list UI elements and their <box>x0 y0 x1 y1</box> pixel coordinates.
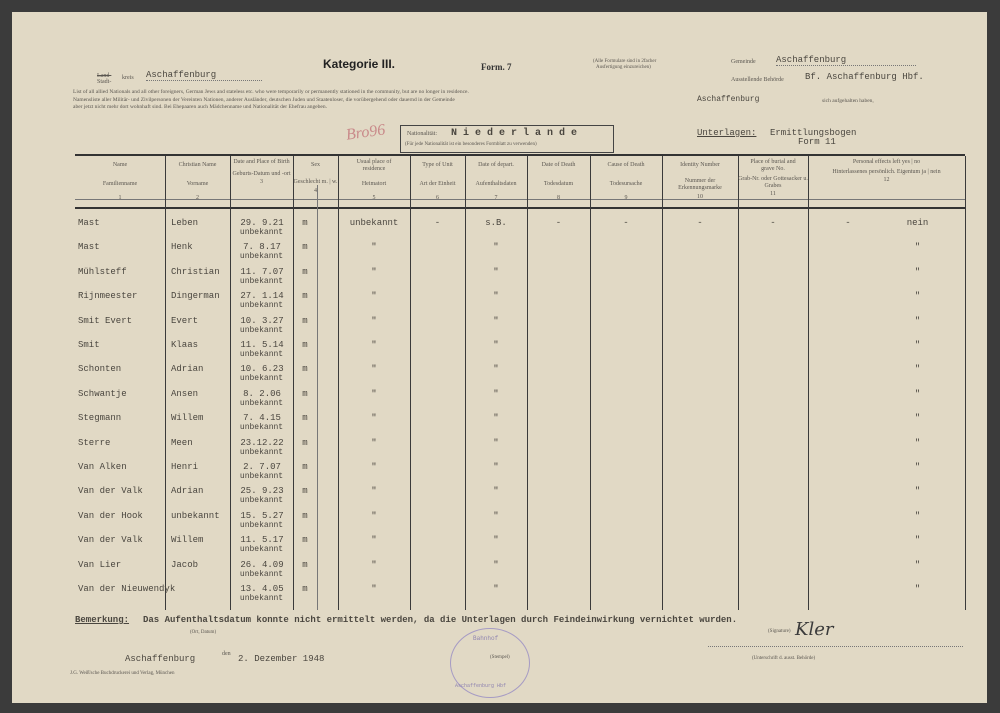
header-bottom-rule <box>75 207 965 209</box>
cell-death: - <box>527 219 590 228</box>
cell-vorname: Adrian <box>171 365 229 374</box>
signature-line <box>708 645 963 647</box>
cell-pob: unbekannt <box>230 252 293 261</box>
cell-sex: m <box>293 390 317 399</box>
cell-name: Van der Valk <box>78 487 168 496</box>
cell-dob: 10. 3.27 <box>233 317 291 326</box>
col-divider-sex <box>317 185 318 610</box>
cell-pob: unbekannt <box>230 545 293 554</box>
col-header-3: Date and Place of BirthGeburts-Datum und… <box>230 159 293 186</box>
form-number: Form. 7 <box>481 62 512 72</box>
col-header-1: NameFamilienname1 <box>75 162 165 202</box>
cell-name: Van Alken <box>78 463 168 472</box>
nationality-note: (Für jede Nationalität ist ein besondere… <box>405 142 537 147</box>
cell-name: Rijnmeester <box>78 292 168 301</box>
cell-dob: 11. 7.07 <box>233 268 291 277</box>
intro-gemeinde-value: Aschaffenburg <box>697 95 759 104</box>
cell-effects-no: " <box>870 463 965 472</box>
nationality-value: N i e d e r l a n d e <box>451 128 577 139</box>
den-label: den <box>222 651 231 657</box>
cell-dob: 2. 7.07 <box>233 463 291 472</box>
intro-line1: List of all allied Nationals and all oth… <box>73 89 469 95</box>
cell-dob: 7. 8.17 <box>233 243 291 252</box>
cell-effects-no: " <box>870 243 965 252</box>
cell-residence: " <box>338 268 410 277</box>
gemeinde-value: Aschaffenburg <box>776 55 916 66</box>
col-header-2: Christian NameVorname2 <box>165 162 230 202</box>
cell-vorname: Christian <box>171 268 229 277</box>
cell-depart: " <box>465 561 527 570</box>
cell-dob: 26. 4.09 <box>233 561 291 570</box>
cell-name: Mast <box>78 219 168 228</box>
cell-name: Schonten <box>78 365 168 374</box>
document-page <box>12 12 987 703</box>
cell-depart: " <box>465 487 527 496</box>
col-header-6: Type of UnitArt der Einheit6 <box>410 162 465 202</box>
cell-residence: " <box>338 585 410 594</box>
cell-dob: 23.12.22 <box>233 439 291 448</box>
note-line1: (Alle Formulare sind in 2facher <box>593 59 656 64</box>
signature-label: (Signature) <box>768 629 791 634</box>
cell-effects-no: " <box>870 561 965 570</box>
cell-pob: unbekannt <box>230 350 293 359</box>
cell-dob: 8. 2.06 <box>233 390 291 399</box>
cell-depart: " <box>465 341 527 350</box>
col-header-5: Usual place of residenceHeimatort5 <box>338 159 410 202</box>
behoerde-label: Ausstellende Behörde <box>731 77 784 83</box>
cell-name: Van der Valk <box>78 536 168 545</box>
cell-sex: m <box>293 463 317 472</box>
cell-depart: " <box>465 292 527 301</box>
cell-sex: m <box>293 268 317 277</box>
note-line2: Ausfertigung einzureichen) <box>596 65 651 70</box>
cell-unit: - <box>410 219 465 228</box>
cell-vorname: Dingerman <box>171 292 229 301</box>
cell-residence: " <box>338 390 410 399</box>
cell-pob: unbekannt <box>230 594 293 603</box>
cell-depart: " <box>465 536 527 545</box>
cell-vorname: Jacob <box>171 561 229 570</box>
cell-dob: 25. 9.23 <box>233 487 291 496</box>
cell-effects-no: " <box>870 536 965 545</box>
cell-vorname: unbekannt <box>171 512 229 521</box>
cell-pob: unbekannt <box>230 448 293 457</box>
cell-sex: m <box>293 561 317 570</box>
remark-text: Das Aufenthaltsdatum konnte nicht ermitt… <box>143 615 737 625</box>
kreis-label: kreis <box>122 75 134 81</box>
cell-vorname: Leben <box>171 219 229 228</box>
cell-residence: " <box>338 512 410 521</box>
cell-depart: " <box>465 268 527 277</box>
cell-residence: " <box>338 414 410 423</box>
cell-effects-no: " <box>870 317 965 326</box>
cell-residence: unbekannt <box>338 219 410 228</box>
cell-dob: 13. 4.05 <box>233 585 291 594</box>
stadt-label: Stadt- <box>97 79 111 85</box>
cell-effects-no: " <box>870 414 965 423</box>
cell-residence: " <box>338 487 410 496</box>
col-header-8: Date of DeathTodesdatum8 <box>527 162 590 202</box>
remark-label: Bemerkung: <box>75 615 129 625</box>
col-header-4: SexGeschlecht m. | w.4 <box>293 162 338 195</box>
cell-pob: unbekannt <box>230 423 293 432</box>
cell-sex: m <box>293 439 317 448</box>
cell-dob: 10. 6.23 <box>233 365 291 374</box>
cell-effects-no: " <box>870 439 965 448</box>
cell-depart: " <box>465 317 527 326</box>
table-top-rule <box>75 154 965 156</box>
cell-sex: m <box>293 585 317 594</box>
cell-residence: " <box>338 292 410 301</box>
cell-dob: 29. 9.21 <box>233 219 291 228</box>
cell-burial: - <box>738 219 808 228</box>
cell-idno: - <box>662 219 738 228</box>
cell-pob: unbekannt <box>230 228 293 237</box>
cell-effects-no: " <box>870 487 965 496</box>
cell-sex: m <box>293 512 317 521</box>
cell-pob: unbekannt <box>230 472 293 481</box>
intro-line2-end: sich aufgehalten haben, <box>822 98 874 104</box>
cell-effects-no: " <box>870 292 965 301</box>
intro-line2: Namensliste aller Militär- und Zivilpers… <box>73 97 455 103</box>
date-value: 2. Dezember 1948 <box>238 654 324 664</box>
cell-depart: " <box>465 439 527 448</box>
official-stamp: Bahnhof Aschaffenburg Hbf <box>450 628 530 698</box>
cell-depart: s.B. <box>465 219 527 228</box>
cell-pob: unbekannt <box>230 521 293 530</box>
cell-pob: unbekannt <box>230 301 293 310</box>
cell-depart: " <box>465 512 527 521</box>
cell-pob: unbekannt <box>230 374 293 383</box>
cell-name: Mast <box>78 243 168 252</box>
cell-sex: m <box>293 341 317 350</box>
cell-name: Mühlsteff <box>78 268 168 277</box>
cell-pob: unbekannt <box>230 277 293 286</box>
cell-pob: unbekannt <box>230 399 293 408</box>
cell-depart: " <box>465 585 527 594</box>
cell-effects-no: " <box>870 268 965 277</box>
cell-dob: 27. 1.14 <box>233 292 291 301</box>
col-header-9: Cause of DeathTodesursache9 <box>590 162 662 202</box>
intro-line3: aber jetzt nicht mehr dort wohnhaft sind… <box>73 104 327 110</box>
cell-vorname: Klaas <box>171 341 229 350</box>
cell-pob: unbekannt <box>230 326 293 335</box>
cell-vorname: Meen <box>171 439 229 448</box>
cell-residence: " <box>338 243 410 252</box>
col-header-12: Personal effects left yes | noHinterlass… <box>808 159 965 184</box>
cell-residence: " <box>338 463 410 472</box>
cell-pob: unbekannt <box>230 496 293 505</box>
cell-residence: " <box>338 365 410 374</box>
ort-datum-label: (Ort, Datum) <box>190 630 216 635</box>
cell-sex: m <box>293 219 317 228</box>
kreis-value: Aschaffenburg <box>146 70 262 81</box>
cell-dob: 7. 4.15 <box>233 414 291 423</box>
cell-vorname: Evert <box>171 317 229 326</box>
cell-name: Stegmann <box>78 414 168 423</box>
cell-effects-no: " <box>870 390 965 399</box>
col-header-7: Date of depart.Aufenthaltsdaten7 <box>465 162 527 202</box>
behoerde-value: Bf. Aschaffenburg Hbf. <box>805 72 924 82</box>
cell-sex: m <box>293 487 317 496</box>
cell-residence: " <box>338 439 410 448</box>
nationality-label: Nationalität: <box>407 131 437 137</box>
cell-depart: " <box>465 390 527 399</box>
cell-effects-no: " <box>870 585 965 594</box>
cell-sex: m <box>293 317 317 326</box>
cell-sex: m <box>293 292 317 301</box>
cell-residence: " <box>338 317 410 326</box>
cell-sex: m <box>293 243 317 252</box>
cell-sex: m <box>293 414 317 423</box>
gemeinde-label: Gemeinde <box>731 59 756 65</box>
cell-residence: " <box>338 536 410 545</box>
unterlagen-label: Unterlagen: <box>697 128 756 138</box>
cell-dob: 11. 5.17 <box>233 536 291 545</box>
form-title: Kategorie III. <box>323 57 395 71</box>
col-header-10: Identity NumberNummer der Erkennungsmark… <box>662 162 738 201</box>
signature: Kler <box>795 619 833 640</box>
nationality-box: Nationalität: N i e d e r l a n d e (Für… <box>400 125 614 153</box>
col-header-11: Place of burial and grave No.Grab-Nr. od… <box>738 159 808 198</box>
cell-sex: m <box>293 365 317 374</box>
cell-residence: " <box>338 341 410 350</box>
cell-name: Van Lier <box>78 561 168 570</box>
cell-depart: " <box>465 243 527 252</box>
cell-cause: - <box>590 219 662 228</box>
cell-dob: 11. 5.14 <box>233 341 291 350</box>
cell-dob: 15. 5.27 <box>233 512 291 521</box>
cell-vorname: Henri <box>171 463 229 472</box>
cell-residence: " <box>338 561 410 570</box>
cell-vorname: Adrian <box>171 487 229 496</box>
col-divider <box>965 156 966 610</box>
cell-depart: " <box>465 365 527 374</box>
cell-name: Smit <box>78 341 168 350</box>
cell-vorname: Willem <box>171 536 229 545</box>
cell-effects-no: nein <box>870 219 965 228</box>
cell-vorname: Henk <box>171 243 229 252</box>
cell-vorname: Willem <box>171 414 229 423</box>
signature-caption: (Unterschrift d. ausst. Behörde) <box>752 656 815 661</box>
cell-name: Van der Nieuwendyk <box>78 585 168 594</box>
stamp-label: (Stempel) <box>490 655 510 660</box>
place-value: Aschaffenburg <box>125 654 195 664</box>
cell-name: Van der Hook <box>78 512 168 521</box>
cell-depart: " <box>465 414 527 423</box>
cell-name: Smit Evert <box>78 317 168 326</box>
cell-vorname: Ansen <box>171 390 229 399</box>
cell-depart: " <box>465 463 527 472</box>
cell-pob: unbekannt <box>230 570 293 579</box>
unterlagen-form: Form 11 <box>798 137 836 147</box>
cell-sex: m <box>293 536 317 545</box>
cell-effects-no: " <box>870 512 965 521</box>
printer-imprint: J.G. Weiß'sche Buchdruckerei und Verlag,… <box>70 671 174 676</box>
cell-effects-no: " <box>870 341 965 350</box>
cell-effects-no: " <box>870 365 965 374</box>
cell-name: Sterre <box>78 439 168 448</box>
cell-name: Schwantje <box>78 390 168 399</box>
